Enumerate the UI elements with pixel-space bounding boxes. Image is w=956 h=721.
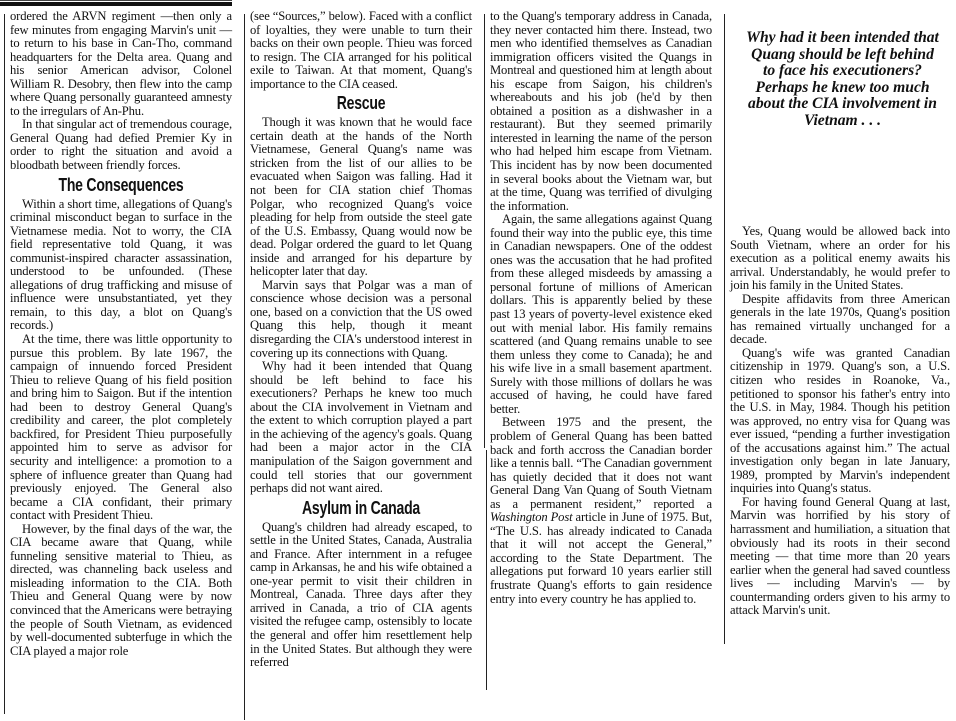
column-rule [486,450,487,690]
pull-quote: Why had it been intended that Quang shou… [745,30,940,130]
column-rule [724,14,725,224]
paragraph-text: article in June of 1975. But, “The U.S. … [490,510,712,605]
column-rule [244,272,245,720]
paragraph: Though it was known that he would face c… [250,116,472,279]
column-rule [4,14,5,714]
paragraph: Again, the same allegations against Quan… [490,213,712,416]
paragraph: Yes, Quang would be allowed back into So… [730,225,950,293]
top-rule-thin [0,0,232,1]
paragraph: to the Quang's temporary address in Cana… [490,10,712,213]
paragraph-text: Between 1975 and the present, the proble… [490,415,712,510]
article-column-1: ordered the ARVN regiment —then only a f… [10,10,232,658]
paragraph: Quang's children had already escaped, to… [250,521,472,670]
paragraph: In that singular act of tremendous coura… [10,118,232,172]
paragraph: Despite affidavits from three American g… [730,293,950,347]
paragraph: Marvin says that Polgar was a man of con… [250,279,472,360]
article-column-2: (see “Sources,” below). Faced with a con… [250,10,472,670]
paragraph: For having found General Quang at last, … [730,496,950,618]
paragraph: Within a short time, allegations of Quan… [10,198,232,333]
section-heading-consequences: The Consequences [34,175,207,195]
top-rule-thick [0,2,232,6]
paragraph: At the time, there was little opportunit… [10,333,232,523]
column-rule [484,14,485,448]
article-column-3: to the Quang's temporary address in Cana… [490,10,712,606]
article-column-4: Yes, Quang would be allowed back into So… [730,225,950,618]
section-heading-asylum-in-canada: Asylum in Canada [274,498,447,518]
paragraph: ordered the ARVN regiment —then only a f… [10,10,232,118]
paragraph: Between 1975 and the present, the proble… [490,416,712,606]
paragraph: (see “Sources,” below). Faced with a con… [250,10,472,91]
paragraph: Why had it been intended that Quang shou… [250,360,472,495]
paragraph: However, by the final days of the war, t… [10,523,232,658]
column-rule [244,14,245,272]
publication-name: Washington Post [490,510,572,524]
section-heading-rescue: Rescue [274,93,447,113]
column-rule [724,224,725,644]
paragraph: Quang's wife was granted Canadian citize… [730,347,950,496]
